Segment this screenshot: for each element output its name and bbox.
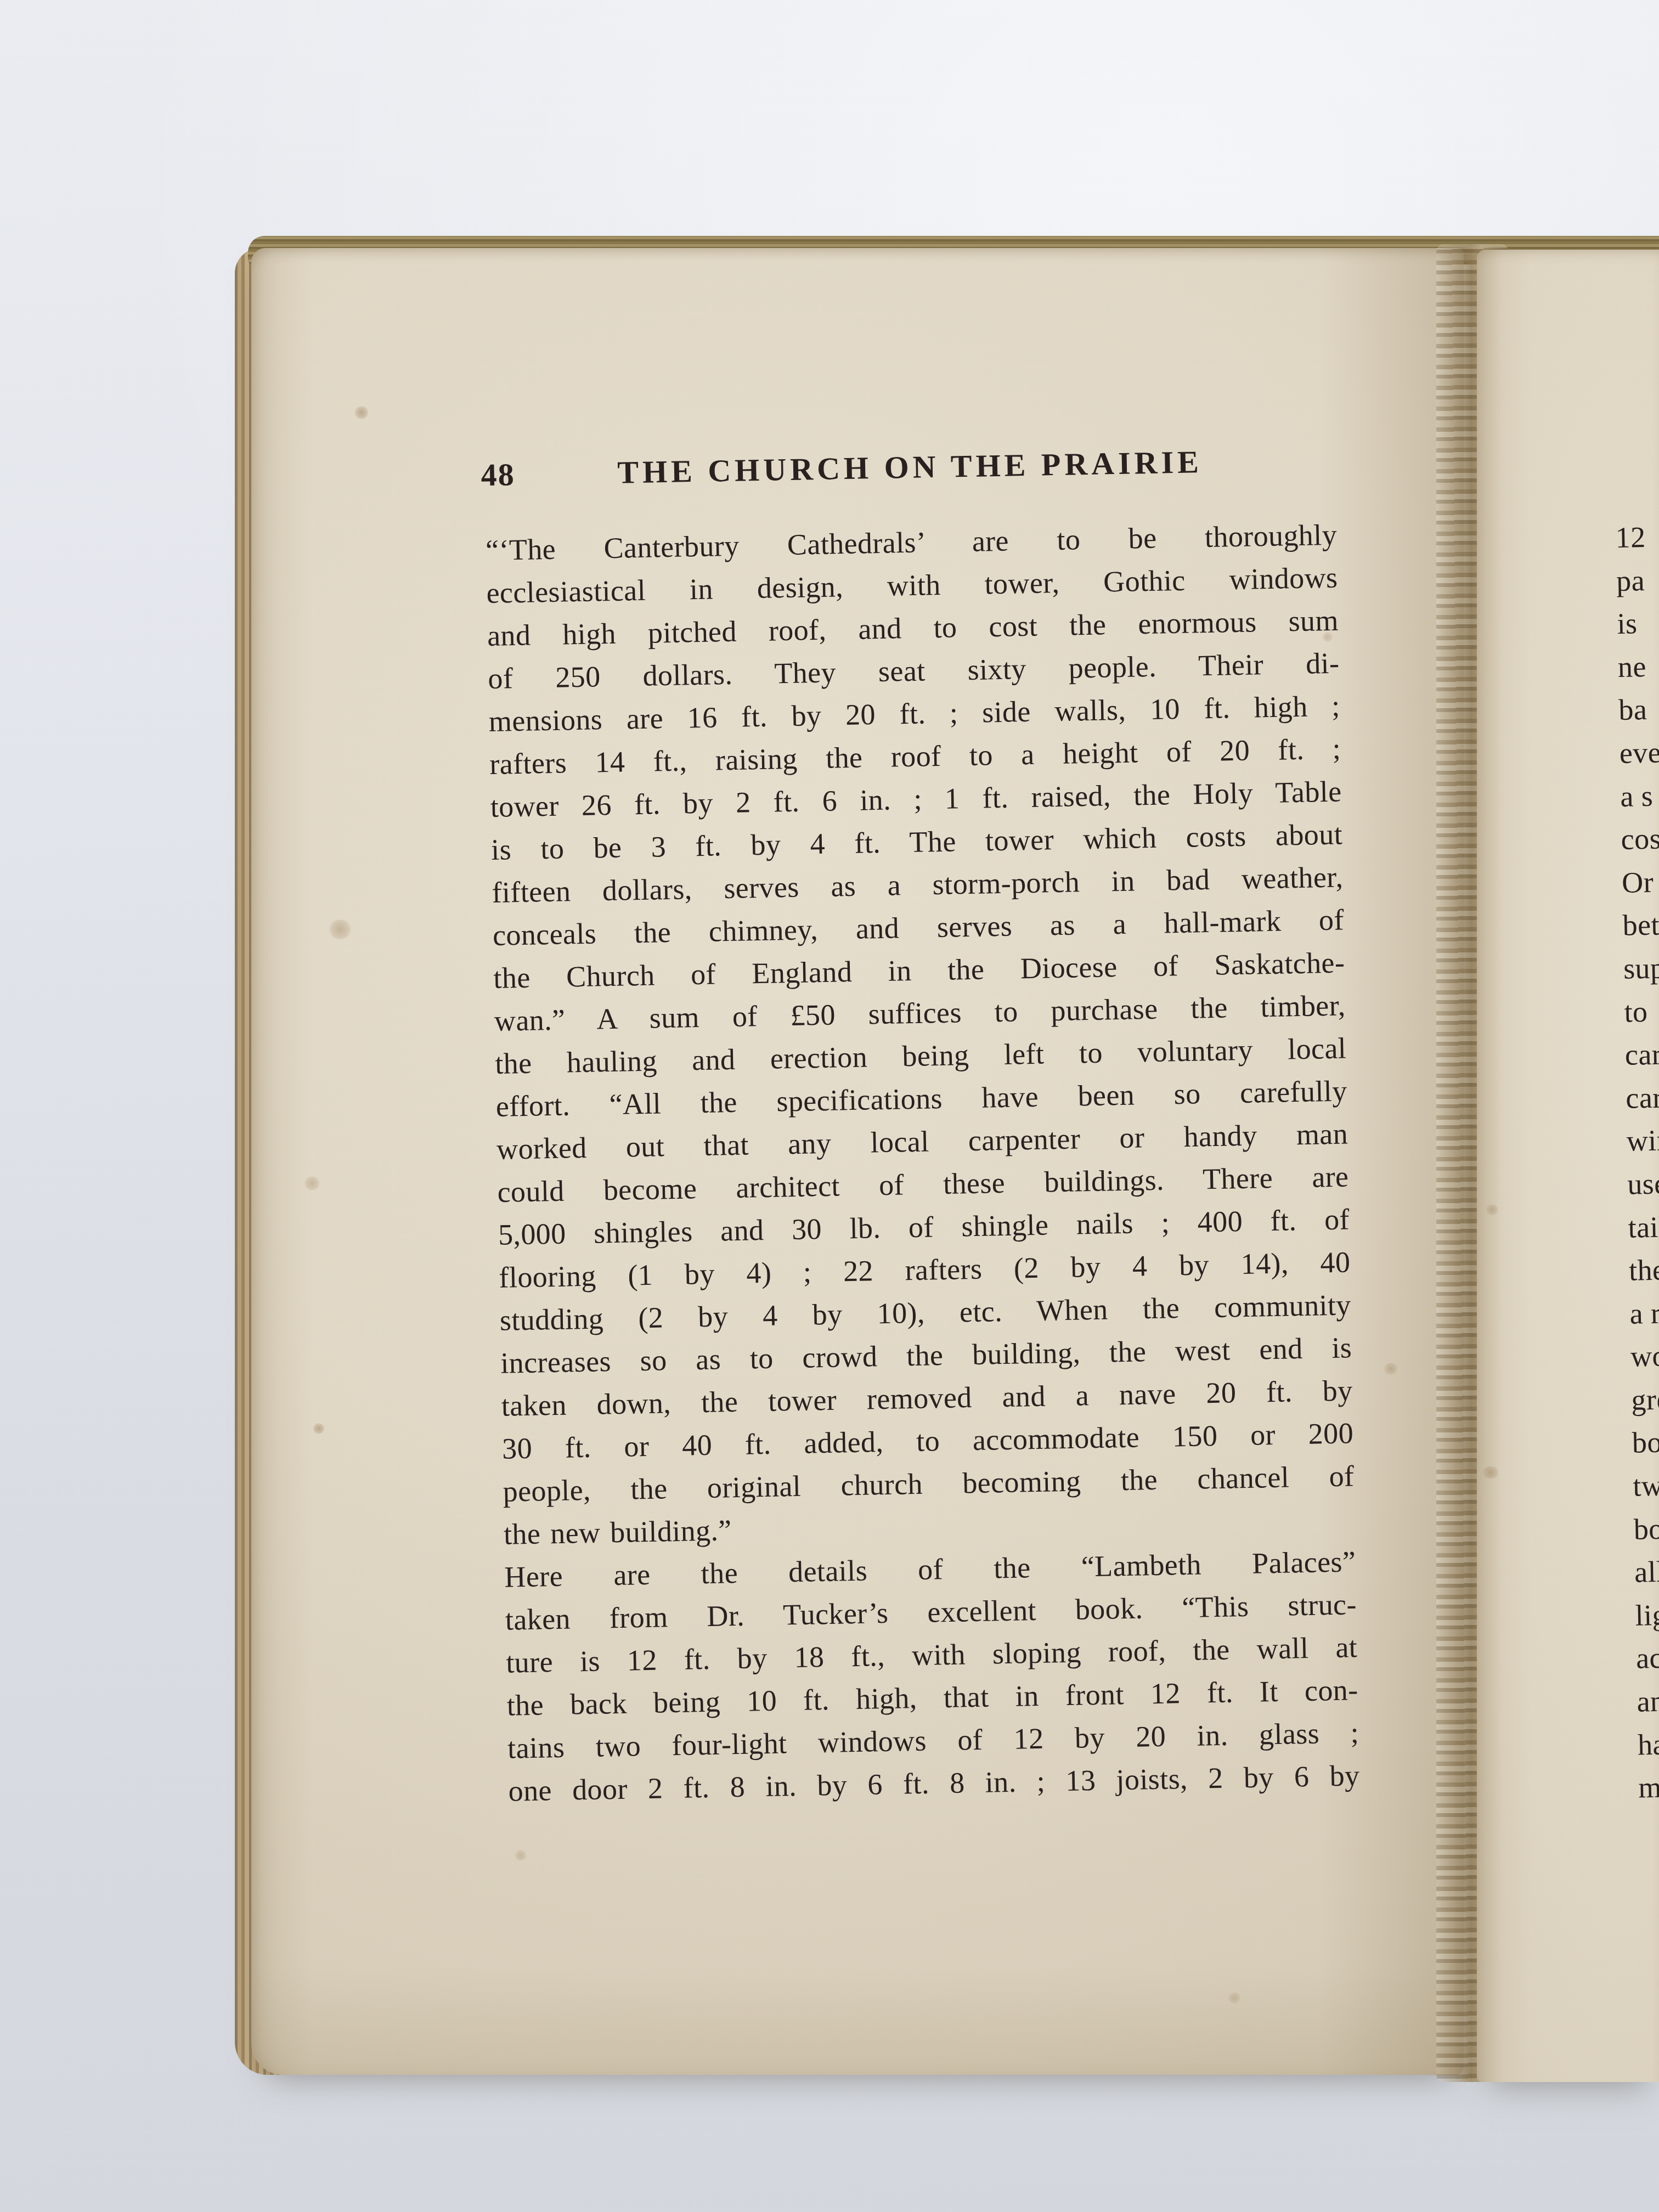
text-line-fragment: wor bbox=[1630, 1334, 1659, 1378]
text-line-fragment: eve bbox=[1619, 731, 1659, 775]
foxing-spot bbox=[515, 1850, 527, 1861]
text-line-fragment: gre bbox=[1631, 1378, 1659, 1421]
text-line-fragment: a s bbox=[1620, 774, 1659, 818]
text-line-fragment: half bbox=[1637, 1723, 1659, 1767]
text-line-fragment: win bbox=[1626, 1119, 1659, 1163]
running-header: 48 THE CHURCH ON THE PRAIRIE bbox=[484, 442, 1336, 493]
foxing-spot bbox=[1384, 1363, 1398, 1375]
text-line-fragment: boa bbox=[1633, 1507, 1659, 1551]
foxing-spot bbox=[304, 1176, 320, 1190]
text-line-fragment: cos bbox=[1621, 817, 1659, 861]
foxing-spot bbox=[313, 1423, 325, 1434]
text-line-fragment: bou bbox=[1632, 1421, 1659, 1465]
book-photo: 48 THE CHURCH ON THE PRAIRIE “‘The Cante… bbox=[0, 0, 1659, 2212]
right-page-line-fragments: 12paisnebaevea scosOrbetsuptocarcarwinus… bbox=[1615, 515, 1659, 1809]
text-line-fragment: bet bbox=[1622, 904, 1659, 947]
foxing-spot bbox=[1486, 1204, 1499, 1215]
foxing-spot bbox=[1322, 632, 1333, 642]
text-line-fragment: ba bbox=[1618, 688, 1659, 732]
text-line-fragment: two bbox=[1633, 1464, 1659, 1508]
foxing-spot bbox=[354, 406, 369, 419]
text-line-fragment: car bbox=[1624, 1032, 1659, 1076]
text-line-fragment: is bbox=[1617, 602, 1659, 646]
text-line-fragment: tail bbox=[1628, 1205, 1659, 1249]
foxing-spot bbox=[328, 919, 352, 939]
text-line-fragment: all bbox=[1634, 1550, 1659, 1594]
body-paragraph-1: “‘The Canterbury Cathedrals’ are to be t… bbox=[486, 513, 1356, 1556]
text-line-fragment: Or bbox=[1622, 860, 1659, 904]
text-line-fragment: ligh bbox=[1635, 1593, 1659, 1637]
text-line-fragment: the bbox=[1628, 1248, 1659, 1292]
body-paragraph-2: Here are the details of the “Lambeth Pal… bbox=[504, 1540, 1360, 1812]
left-page-content: 48 THE CHURCH ON THE PRAIRIE “‘The Cante… bbox=[484, 442, 1360, 1813]
text-line-fragment: and bbox=[1637, 1679, 1659, 1723]
text-line-fragment: use bbox=[1627, 1162, 1659, 1206]
text-line-fragment: sup bbox=[1623, 946, 1659, 990]
foxing-spot bbox=[1481, 1466, 1500, 1479]
running-title: THE CHURCH ON THE PRAIRIE bbox=[484, 442, 1336, 493]
text-line-fragment: acts bbox=[1635, 1637, 1659, 1680]
text-line-fragment: 12 bbox=[1615, 515, 1659, 559]
text-line-fragment: to bbox=[1624, 990, 1659, 1034]
right-page-partial: 12paisnebaevea scosOrbetsuptocarcarwinus… bbox=[1477, 250, 1659, 2082]
text-line-fragment: car bbox=[1626, 1076, 1659, 1120]
text-line-fragment: a r bbox=[1629, 1291, 1659, 1335]
foxing-spot bbox=[1228, 1993, 1241, 2004]
text-line-fragment: ne bbox=[1617, 645, 1659, 689]
text-line-fragment: my bbox=[1638, 1765, 1659, 1809]
text-line-fragment: pa bbox=[1616, 558, 1659, 602]
left-page: 48 THE CHURCH ON THE PRAIRIE “‘The Cante… bbox=[251, 248, 1464, 2075]
